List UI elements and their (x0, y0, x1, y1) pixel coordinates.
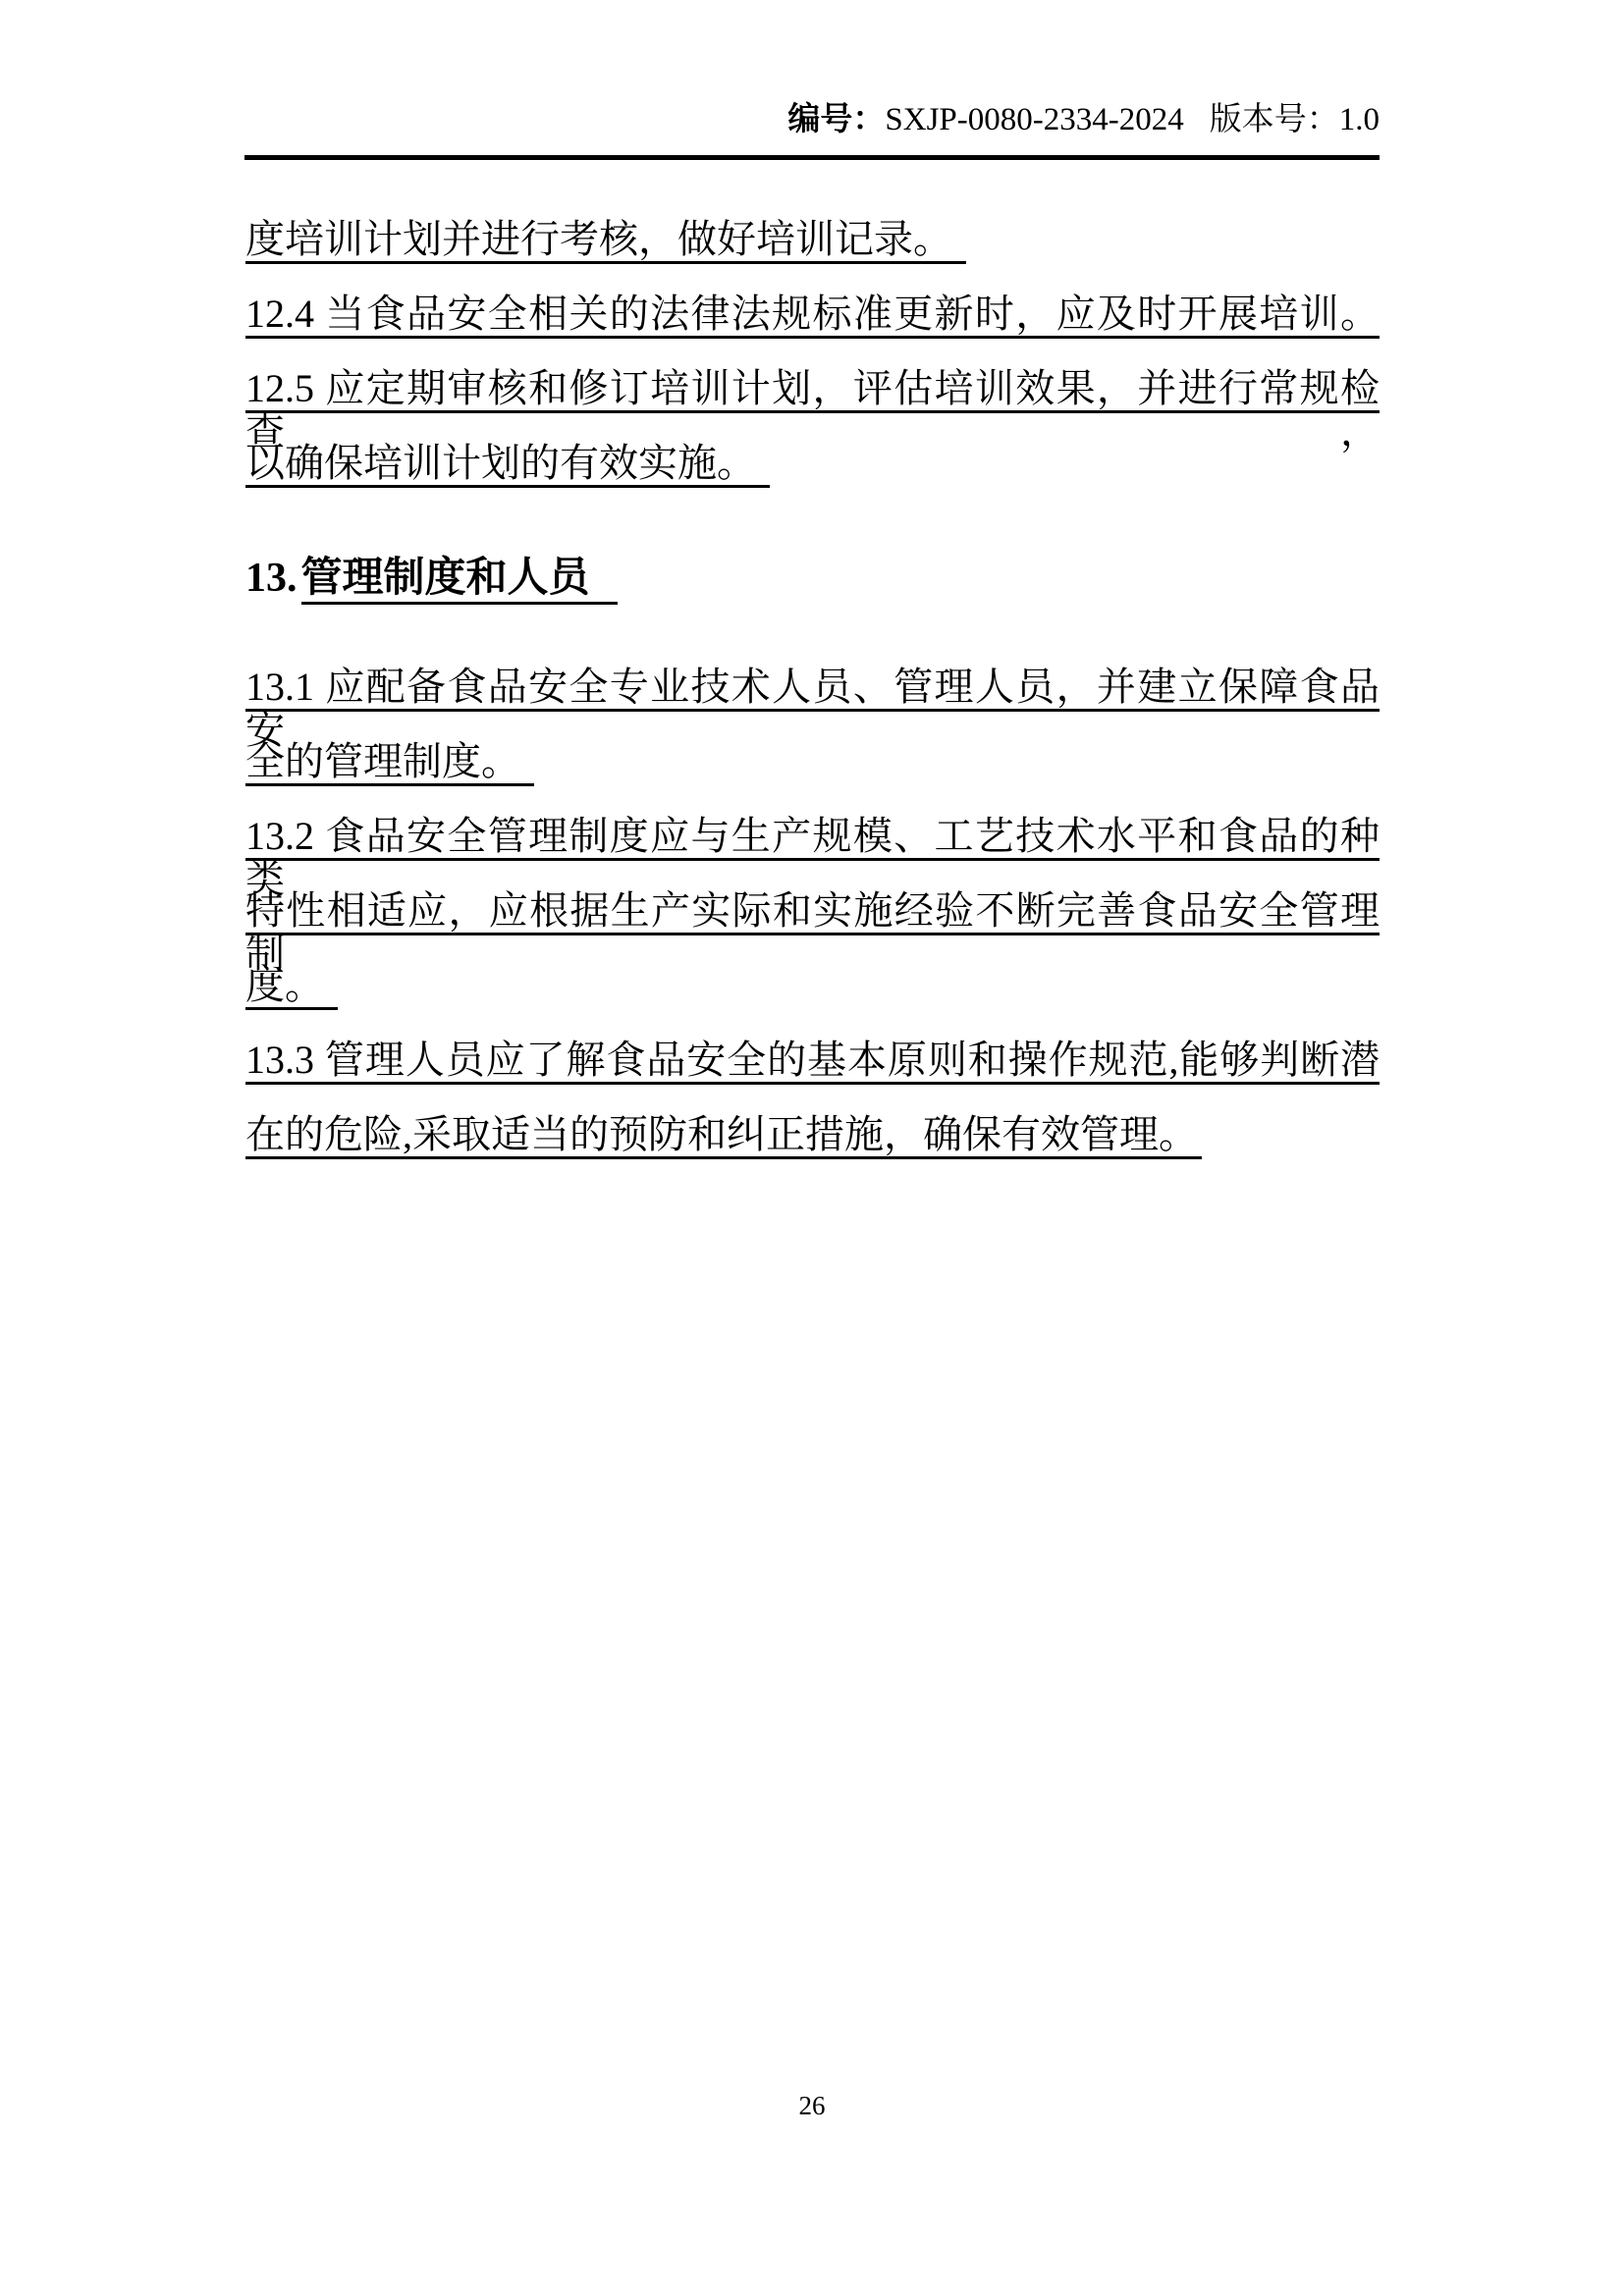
page-number: 26 (0, 2089, 1624, 2122)
body-line: 全的管理制度。 (245, 740, 1380, 783)
document-page: 编号：SXJP-0080-2334-2024版本号：1.0 度培训计划并进行考核… (0, 0, 1624, 2296)
header-rule (244, 155, 1380, 160)
body-line-text: 度。 (245, 964, 338, 1010)
doc-code-value: SXJP-0080-2334-2024 (885, 102, 1183, 137)
body-line-text: 在的危险,采取适当的预防和纠正措施，确保有效管理。 (245, 1113, 1202, 1159)
section-number: 13. (245, 556, 298, 601)
body-line: 13.2 食品安全管理制度应与生产规模、工艺技术水平和食品的种类 (245, 815, 1380, 861)
body-line: 以确保培训计划的有效实施。 (245, 442, 1380, 485)
doc-version-value: 1.0 (1339, 102, 1380, 137)
doc-version-label: 版本号： (1210, 102, 1339, 137)
body-line: 13.3 管理人员应了解食品安全的基本原则和操作规范,能够判断潜 (245, 1039, 1380, 1085)
body-line: 度培训计划并进行考核，做好培训记录。 (245, 218, 1380, 261)
doc-code-label: 编号： (787, 102, 885, 137)
body-line: 13.1 应配备食品安全专业技术人员、管理人员，并建立保障食品安 (245, 666, 1380, 712)
body-line-text: 全的管理制度。 (245, 740, 534, 786)
page-header: 编号：SXJP-0080-2334-2024版本号：1.0 (245, 98, 1380, 142)
body-line-text: 度培训计划并进行考核，做好培训记录。 (245, 218, 966, 264)
section-heading: 13.管理制度和人员 (245, 555, 1380, 602)
body-line-text: 以确保培训计划的有效实施。 (245, 442, 770, 488)
body-line: 在的危险,采取适当的预防和纠正措施，确保有效管理。 (245, 1113, 1380, 1156)
body-line: 特性相适应，应根据生产实际和实施经验不断完善食品安全管理制 (245, 889, 1380, 935)
body-line: 12.4 当食品安全相关的法律法规标准更新时，应及时开展培训。 (245, 293, 1380, 339)
section-title: 管理制度和人员 (301, 555, 618, 605)
body-line: 12.5 应定期审核和修订培训计划，评估培训效果，并进行常规检查， (245, 367, 1380, 413)
body-line: 度。 (245, 964, 1380, 1007)
